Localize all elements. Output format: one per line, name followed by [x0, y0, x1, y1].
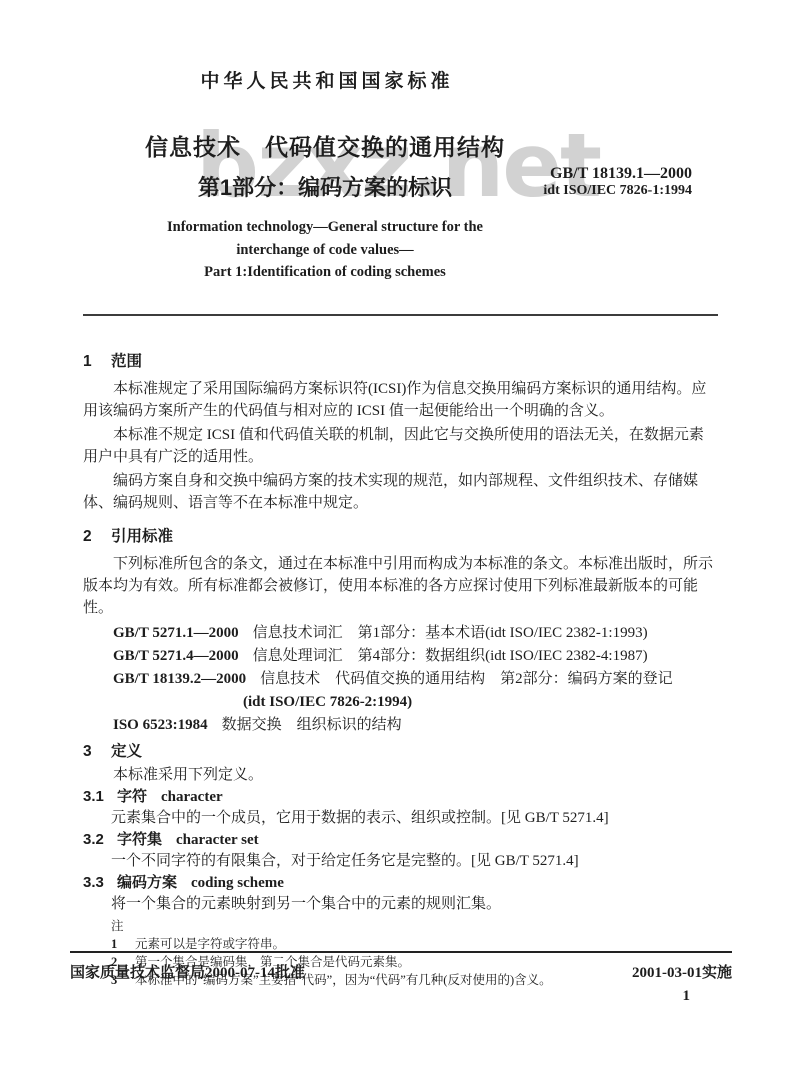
implementation-suffix: 实施 — [702, 965, 732, 981]
reference-item: GB/T 5271.4—2000信息处理词汇 第4部分：数据组织(idt ISO… — [113, 645, 717, 668]
document-page: bzxz.net 中华人民共和国国家标准 GB/T 18139.1—2000 i… — [0, 0, 800, 1091]
term-english: character set — [176, 832, 259, 848]
scope-paragraph: 本标准不规定 ICSI 值和代码值关联的机制，因此它与交换所使用的语法无关，在数… — [83, 424, 717, 468]
reference-item: GB/T 5271.1—2000信息技术词汇 第1部分：基本术语(idt ISO… — [113, 622, 717, 645]
term-number: 3.3 — [83, 872, 107, 893]
section-2-title: 引用标准 — [111, 528, 173, 545]
document-body: 1范围 本标准规定了采用国际编码方案标识符(ICSI)作为信息交换用编码方案标识… — [83, 351, 717, 989]
term-3-1: 3.1字符character — [83, 786, 717, 808]
standard-number-block: GB/T 18139.1—2000 idt ISO/IEC 7826-1:199… — [543, 165, 692, 199]
definitions-intro: 本标准采用下列定义。 — [83, 765, 717, 786]
reference-code: GB/T 5271.1—2000 — [113, 625, 239, 641]
title-line-1: 信息技术 代码值交换的通用结构 — [80, 129, 570, 162]
reference-item-continuation: (idt ISO/IEC 7826-2:1994) — [243, 691, 717, 714]
reference-text: 信息处理词汇 第4部分：数据组织(idt ISO/IEC 2382-4:1987… — [253, 648, 648, 664]
term-definition: 元素集合中的一个成员，它用于数据的表示、组织或控制。[见 GB/T 5271.4… — [111, 808, 717, 829]
section-1-number: 1 — [83, 351, 97, 373]
approval-authority: 国家质量技术监督局 — [70, 965, 205, 981]
implementation-statement: 2001-03-01实施 — [632, 961, 732, 982]
approval-date: 2000-07-14 — [205, 965, 275, 981]
term-definition: 一个不同字符的有限集合，对于给定任务它是完整的。[见 GB/T 5271.4] — [111, 851, 717, 872]
reference-code: GB/T 5271.4—2000 — [113, 648, 239, 664]
english-title-line-2: interchange of code values— — [80, 239, 570, 262]
term-chinese: 字符集 — [117, 831, 162, 848]
reference-code: GB/T 18139.2—2000 — [113, 671, 246, 687]
term-english: coding scheme — [191, 875, 284, 891]
implementation-date: 2001-03-01 — [632, 965, 702, 981]
english-title-line-3: Part 1:Identification of coding schemes — [80, 261, 570, 284]
reference-text: 数据交换 组织标识的结构 — [222, 717, 402, 733]
note-text: 元素可以是字符或字符串。 — [135, 937, 285, 951]
term-3-2: 3.2字符集character set — [83, 829, 717, 851]
english-title-line-1: Information technology—General structure… — [80, 216, 570, 239]
reference-text: 信息技术 代码值交换的通用结构 第2部分：编码方案的登记 — [260, 671, 673, 687]
term-definition: 将一个集合的元素映射到另一个集合中的元素的规则汇集。 — [111, 894, 717, 915]
term-number: 3.1 — [83, 786, 107, 807]
approval-suffix: 批准 — [275, 965, 305, 981]
section-3-heading: 3定义 — [83, 741, 717, 763]
reference-list: GB/T 5271.1—2000信息技术词汇 第1部分：基本术语(idt ISO… — [83, 622, 717, 737]
reference-item: GB/T 18139.2—2000信息技术 代码值交换的通用结构 第2部分：编码… — [113, 668, 717, 691]
approval-statement: 国家质量技术监督局2000-07-14批准 — [70, 961, 305, 982]
reference-text: 信息技术词汇 第1部分：基本术语(idt ISO/IEC 2382-1:1993… — [253, 625, 648, 641]
title-divider-rule — [83, 314, 718, 316]
scope-paragraph: 本标准规定了采用国际编码方案标识符(ICSI)作为信息交换用编码方案标识的通用结… — [83, 378, 717, 422]
footer: 国家质量技术监督局2000-07-14批准 2001-03-01实施 — [70, 961, 732, 982]
english-title: Information technology—General structure… — [80, 216, 570, 284]
national-standard-header: 中华人民共和国国家标准 — [80, 66, 570, 93]
section-2-number: 2 — [83, 526, 97, 548]
section-1-heading: 1范围 — [83, 351, 717, 373]
note-number: 1 — [111, 935, 123, 953]
term-chinese: 编码方案 — [117, 874, 177, 891]
note-item: 1元素可以是字符或字符串。 — [111, 935, 717, 953]
references-intro: 下列标准所包含的条文，通过在本标准中引用而构成为本标准的条文。本标准出版时，所示… — [83, 553, 717, 619]
term-english: character — [161, 789, 223, 805]
term-number: 3.2 — [83, 829, 107, 850]
idt-reference: idt ISO/IEC 7826-1:1994 — [543, 183, 692, 199]
notes-label: 注 — [111, 917, 717, 935]
section-3-title: 定义 — [111, 743, 142, 760]
term-3-3: 3.3编码方案coding scheme — [83, 872, 717, 894]
section-3-number: 3 — [83, 741, 97, 763]
section-2-heading: 2引用标准 — [83, 526, 717, 548]
section-1-title: 范围 — [111, 353, 142, 370]
title-line-2: 第1部分：编码方案的标识 — [80, 171, 570, 202]
scope-paragraph: 编码方案自身和交换中编码方案的技术实现的规范，如内部规程、文件组织技术、存储媒体… — [83, 470, 717, 514]
footer-rule — [70, 951, 732, 953]
reference-code: ISO 6523:1984 — [113, 717, 208, 733]
reference-item: ISO 6523:1984数据交换 组织标识的结构 — [113, 714, 717, 737]
term-chinese: 字符 — [117, 788, 147, 805]
page-content: 中华人民共和国国家标准 GB/T 18139.1—2000 idt ISO/IE… — [0, 0, 800, 989]
standard-number: GB/T 18139.1—2000 — [543, 165, 692, 183]
page-number: 1 — [683, 988, 691, 1005]
